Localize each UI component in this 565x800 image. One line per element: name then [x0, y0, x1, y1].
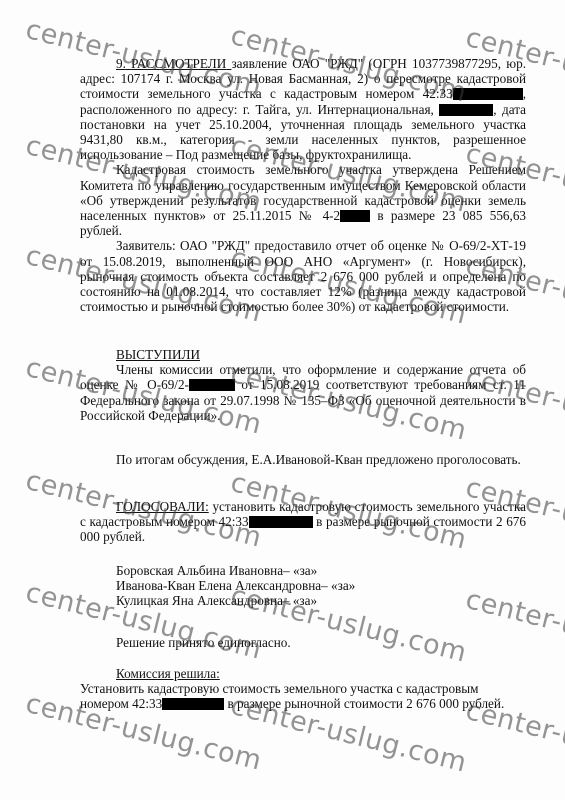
considered-heading: 9. РАССМОТРЕЛИ	[116, 56, 231, 71]
vote-item: Боровская Альбина Ивановна– «за»	[116, 563, 355, 578]
considered-paragraph: 9. РАССМОТРЕЛИ заявление ОАО "РЖД" (ОГРН…	[80, 56, 526, 162]
applicant-paragraph: Заявитель: ОАО "РЖД" предоставило отчет …	[80, 238, 526, 314]
redacted-cadastral-number	[453, 88, 523, 100]
proposal-paragraph: По итогам обсуждения, Е.А.Ивановой-Кван …	[80, 452, 526, 467]
section-voted: ГОЛОСОВАЛИ: установить кадастровую стоим…	[80, 499, 526, 545]
voted-heading: ГОЛОСОВАЛИ:	[116, 499, 209, 514]
cadastral-value-paragraph: Кадастровая стоимость земельного участка…	[80, 162, 526, 238]
section-considered: 9. РАССМОТРЕЛИ заявление ОАО "РЖД" (ОГРН…	[80, 56, 526, 314]
spoke-paragraph: Члены комиссии отметили, что оформление …	[80, 362, 526, 423]
redacted-address	[439, 104, 493, 116]
redacted-decision-number	[340, 210, 370, 222]
voted-paragraph: ГОЛОСОВАЛИ: установить кадастровую стоим…	[80, 499, 526, 545]
document-page: 9. РАССМОТРЕЛИ заявление ОАО "РЖД" (ОГРН…	[0, 0, 565, 800]
vote-list: Боровская Альбина Ивановна– «за» Иванова…	[116, 563, 355, 609]
redacted-report-number	[189, 379, 235, 391]
section-spoke: ВЫСТУПИЛИ Члены комиссии отметили, что о…	[80, 347, 526, 423]
decision-line-2: номером 42:33 в размере рыночной стоимос…	[80, 696, 504, 711]
commission-decision: Установить кадастровую стоимость земельн…	[80, 681, 504, 711]
watermark: center-uslug.com	[463, 584, 565, 673]
commission-decided-heading: Комиссия решила:	[116, 666, 220, 681]
section-proposal: По итогам обсуждения, Е.А.Ивановой-Кван …	[80, 452, 526, 467]
vote-item: Иванова-Кван Елена Александровна– «за»	[116, 578, 355, 593]
vote-item: Кулицкая Яна Александровна– «за»	[116, 593, 355, 608]
decision-line-1: Установить кадастровую стоимость земельн…	[80, 681, 504, 696]
redacted-cadastral-number-3	[162, 698, 224, 710]
redacted-cadastral-number-2	[249, 516, 313, 528]
spoke-heading: ВЫСТУПИЛИ	[80, 347, 526, 362]
decision-note: Решение принято единогласно.	[116, 635, 291, 650]
